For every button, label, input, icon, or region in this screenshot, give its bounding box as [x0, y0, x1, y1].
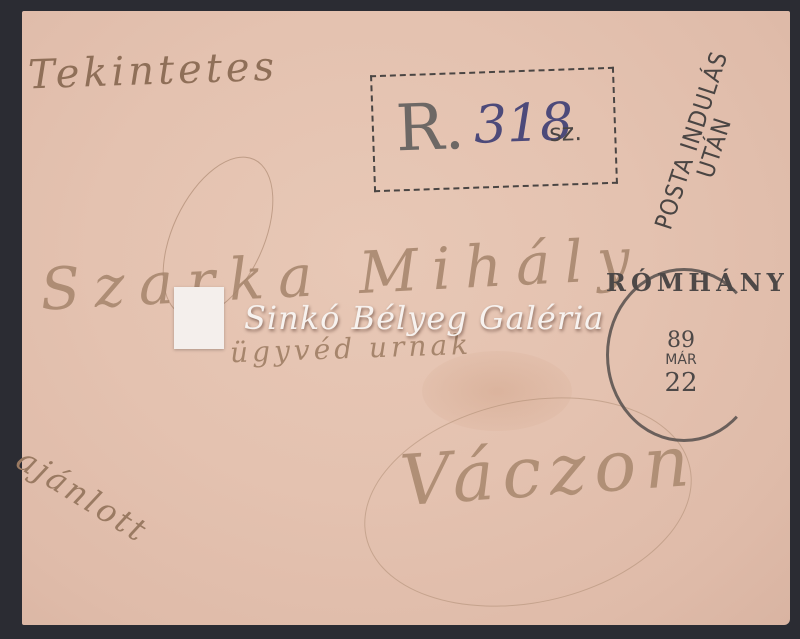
postmark-town: RÓMHÁNY: [606, 268, 756, 297]
postmark-year: 89: [656, 330, 706, 352]
postmark-day: 22: [656, 368, 706, 398]
watermark-text: Sinkó Bélyeg Galéria: [244, 299, 604, 337]
registration-letter: R.: [395, 90, 466, 166]
registration-suffix: sz.: [549, 118, 583, 147]
watermark: Sinkó Bélyeg Galéria: [174, 287, 604, 349]
handwritten-salutation: Tekintetes: [27, 44, 279, 99]
postmark-month: MÁR: [656, 352, 706, 368]
stamp-icon: [174, 287, 224, 349]
postmark-date: 89 MÁR 22: [656, 330, 706, 398]
postmark: RÓMHÁNY 89 MÁR 22: [606, 268, 756, 438]
registration-label: R. 318 sz.: [370, 67, 618, 192]
